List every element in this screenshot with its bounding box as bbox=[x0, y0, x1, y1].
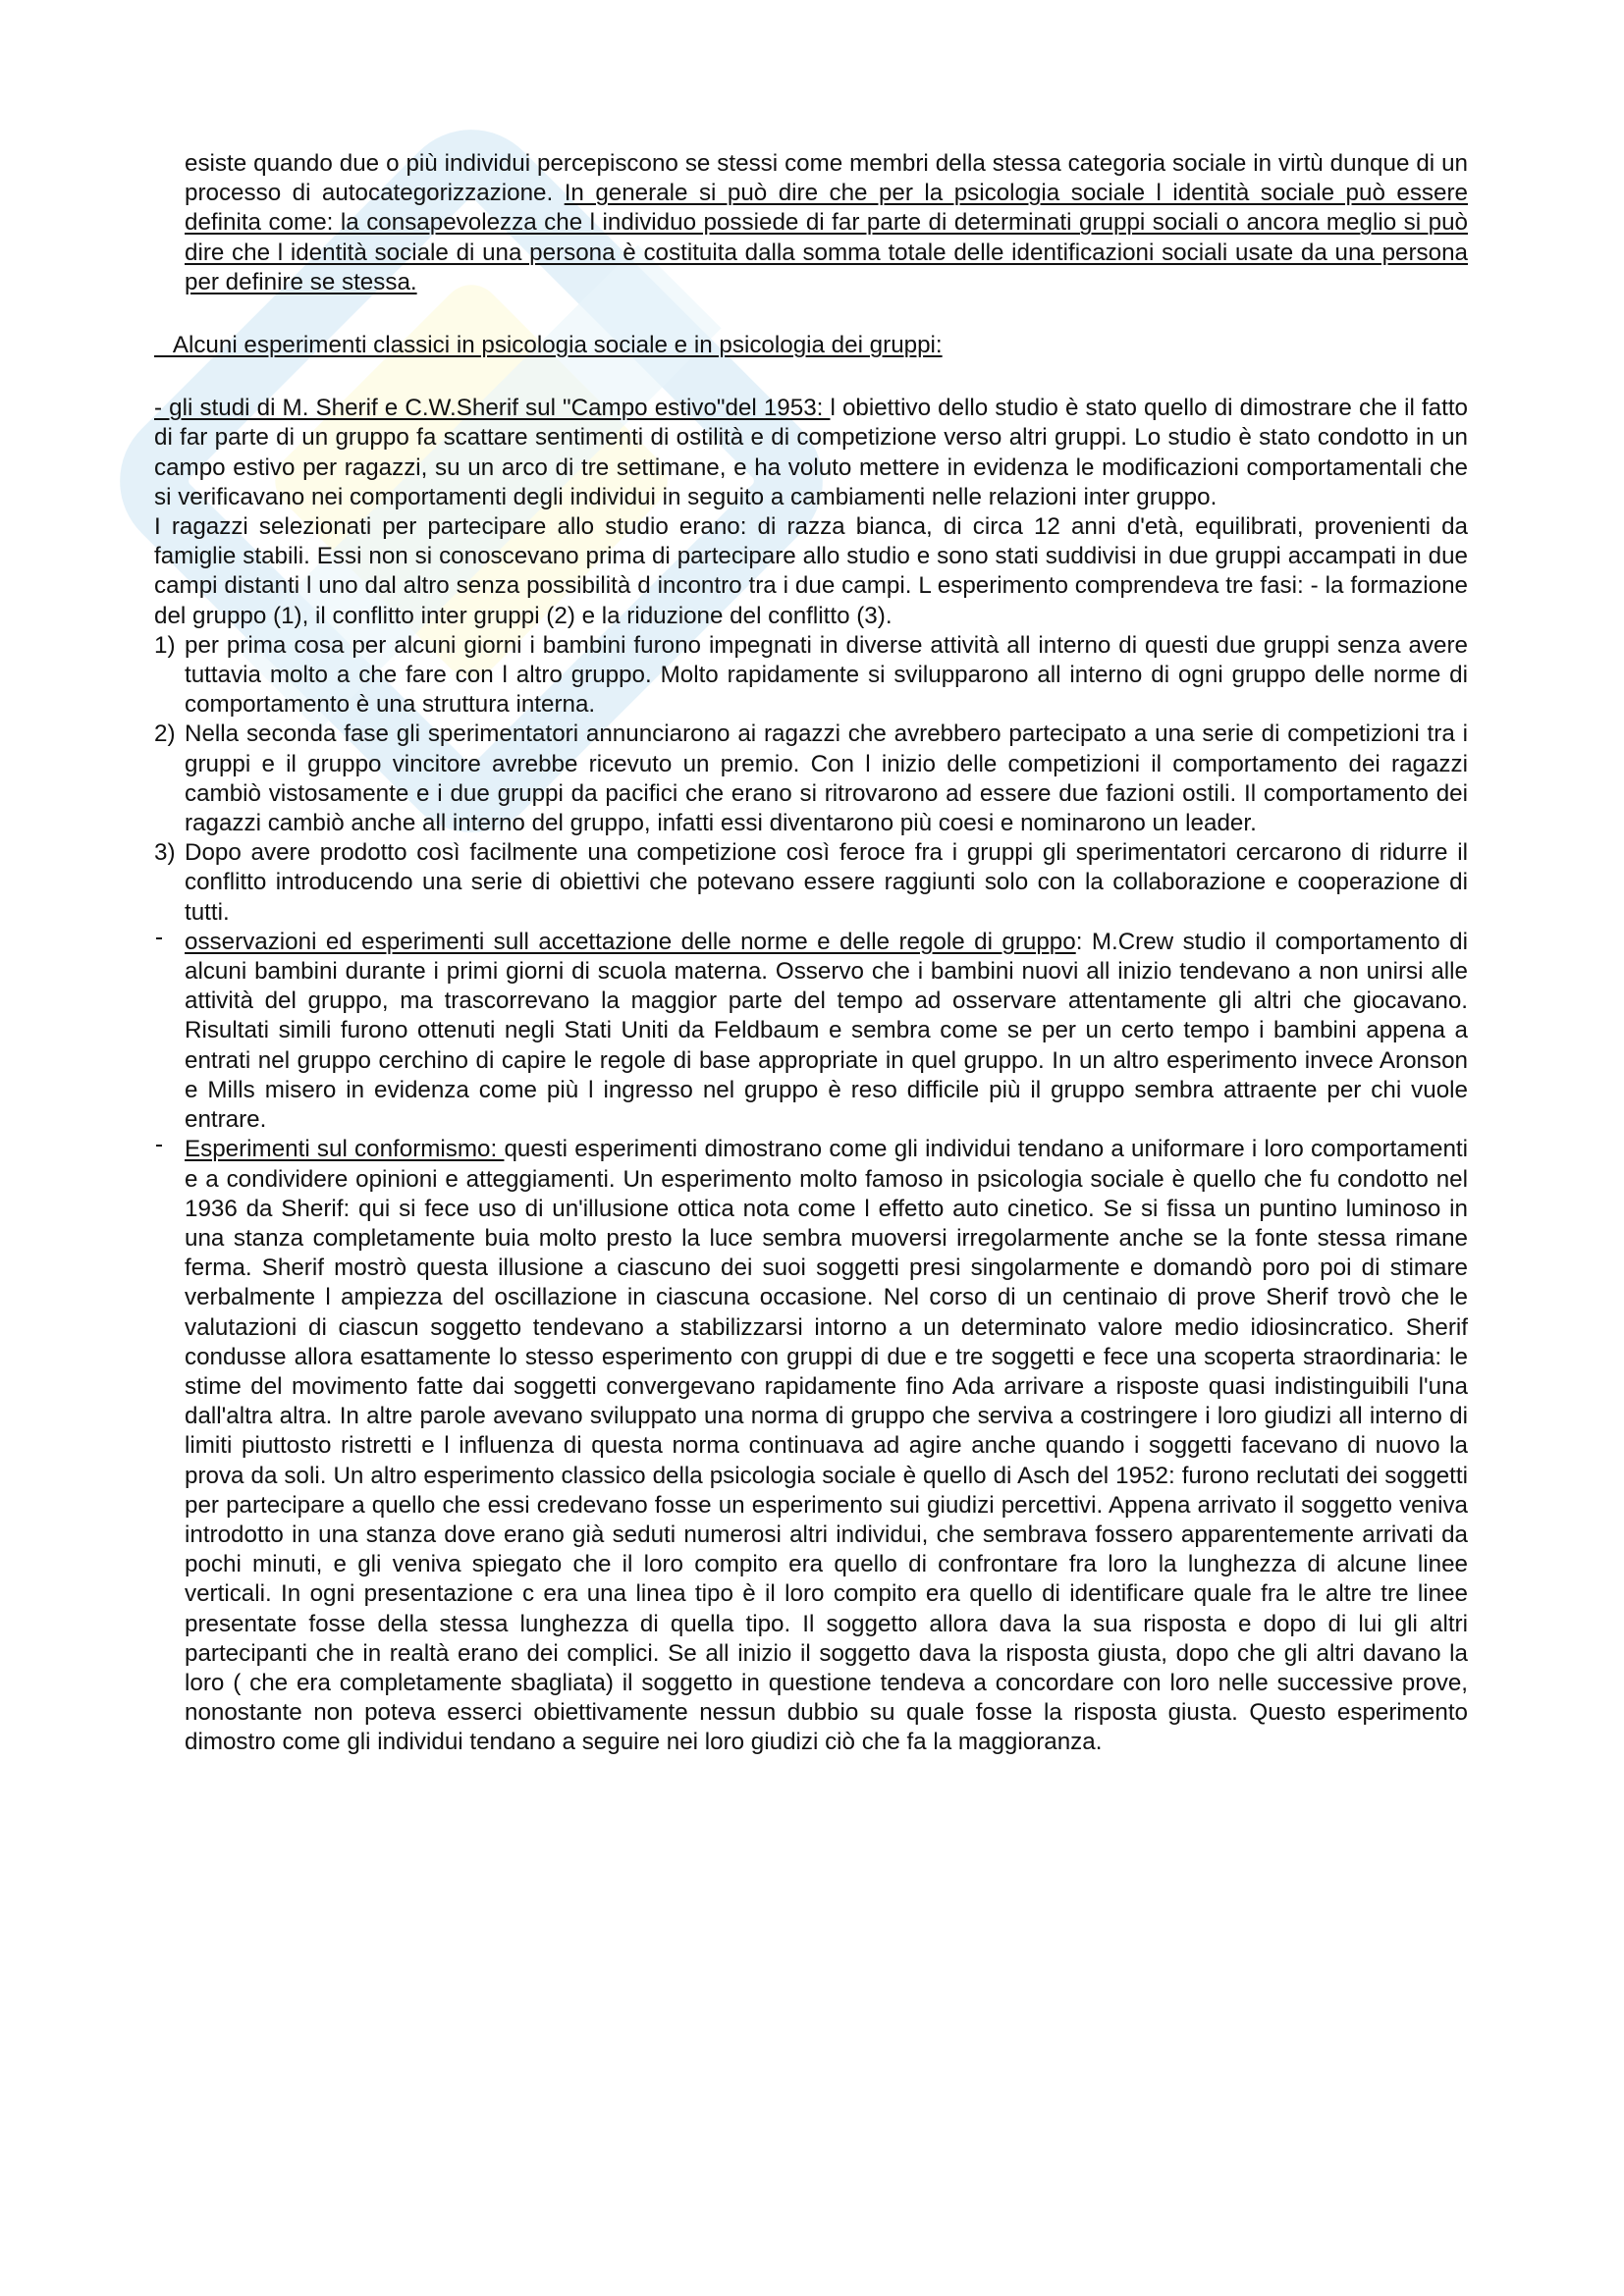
dash-bullet-icon bbox=[154, 928, 185, 1135]
norms-study-text: : M.Crew studio il comportamento di alcu… bbox=[185, 929, 1468, 1133]
phase-text: Dopo avere prodotto così facilmente una … bbox=[185, 838, 1468, 928]
spacer bbox=[154, 360, 1468, 394]
list-number: 2) bbox=[154, 720, 185, 838]
phase-item-2: 2) Nella seconda fase gli sperimentatori… bbox=[154, 720, 1468, 838]
intro-paragraph: esiste quando due o più individui percep… bbox=[154, 149, 1468, 297]
phase-item-3: 3) Dopo avere prodotto così facilmente u… bbox=[154, 838, 1468, 928]
norms-study-title: osservazioni ed esperimenti sull accetta… bbox=[185, 929, 1076, 955]
list-number: 1) bbox=[154, 631, 185, 721]
conformity-study-title: Esperimenti sul conformismo: bbox=[185, 1136, 504, 1162]
phase-item-1: 1) per prima cosa per alcuni giorni i ba… bbox=[154, 631, 1468, 721]
sherif-study-title: - gli studi di M. Sherif e C.W.Sherif su… bbox=[154, 395, 830, 421]
sherif-study-paragraph: - gli studi di M. Sherif e C.W.Sherif su… bbox=[154, 394, 1468, 512]
list-number: 3) bbox=[154, 838, 185, 928]
conformity-study-item: Esperimenti sul conformismo: questi espe… bbox=[154, 1135, 1468, 1757]
conformity-study-text: questi esperimenti dimostrano come gli i… bbox=[185, 1136, 1468, 1755]
phase-text: per prima cosa per alcuni giorni i bambi… bbox=[185, 631, 1468, 721]
section-heading: Alcuni esperimenti classici in psicologi… bbox=[154, 331, 1468, 360]
phase-text: Nella seconda fase gli sperimentatori an… bbox=[185, 720, 1468, 838]
document-page: esiste quando due o più individui percep… bbox=[154, 149, 1468, 1758]
dash-bullet-icon bbox=[154, 1135, 185, 1757]
participants-paragraph: I ragazzi selezionati per partecipare al… bbox=[154, 512, 1468, 631]
norms-study-item: osservazioni ed esperimenti sull accetta… bbox=[154, 928, 1468, 1135]
spacer bbox=[154, 297, 1468, 331]
